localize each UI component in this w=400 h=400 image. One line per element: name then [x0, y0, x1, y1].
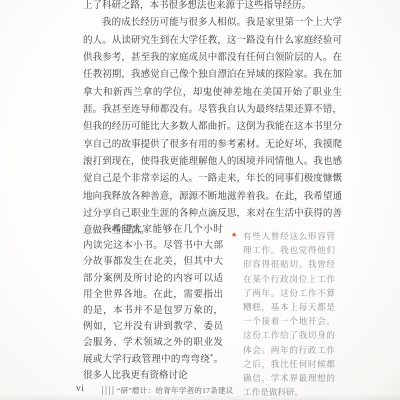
book-page-photo: 上了科研之路，本书很多想法也来源于这些指导经历。 我的成长经历可能与很多人相似。…: [0, 0, 400, 400]
paragraph-book-scope: 我希望大家能够在几个小时内读完这本小书。尽管书中大部分故事都发生在北美，但其中大…: [83, 222, 223, 384]
paragraph-book-scope-text: 我希望大家能够在几个小时内读完这本小书。尽管书中大部分故事都发生在北美，但其中大…: [83, 225, 223, 365]
margin-footnote: ★ 有些人曾经这么形容管理工作。我也觉得他们形容得很贴切。我曾经在某个行政岗位上…: [231, 229, 335, 399]
main-text-block: 上了科研之路，本书很多想法也来源于这些指导经历。 我的成长经历可能与很多人相似。…: [83, 0, 342, 241]
page-number: vi: [76, 384, 84, 394]
narrow-text-column: 我希望大家能够在几个小时内读完这本小书。尽管书中大部分故事都发生在北美，但其中大…: [83, 222, 223, 384]
paragraph-growth-story: 我的成长经历可能与很多人相似。我是家里第一个上大学的人。从读研究生到在大学任教，…: [83, 15, 342, 240]
footnote-star-icon: ★: [231, 230, 237, 240]
margin-footnote-text: 有些人曾经这么形容管理工作。我也觉得他们形容得很贴切。我曾经在某个行政岗位上工作…: [243, 229, 335, 399]
paragraph-continuation: 上了科研之路，本书很多想法也来源于这些指导经历。: [83, 0, 342, 15]
page-bottom-shadow: [0, 394, 400, 400]
